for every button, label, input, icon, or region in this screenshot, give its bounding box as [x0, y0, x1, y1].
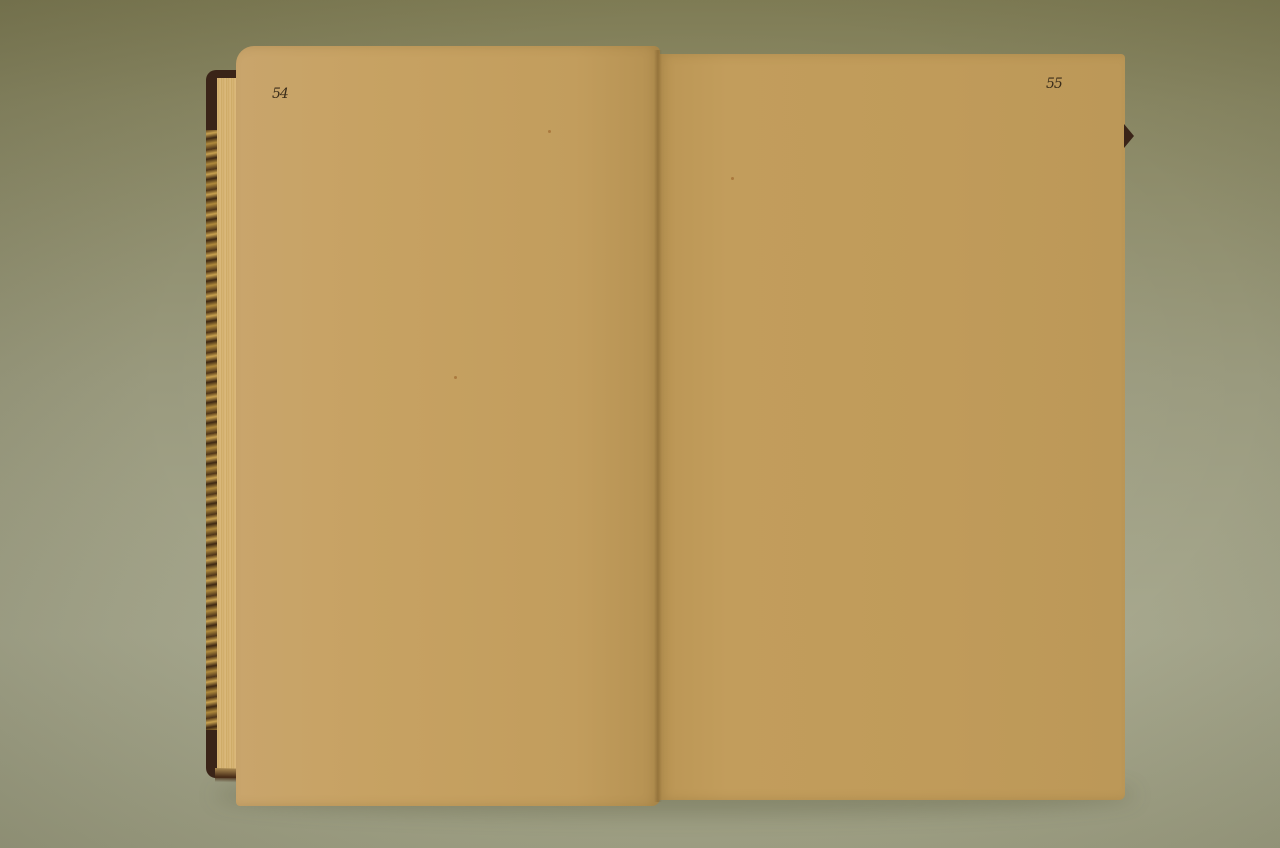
- left-page-number: 54: [272, 86, 288, 102]
- right-page: [658, 54, 1125, 800]
- right-page-number: 55: [1046, 76, 1062, 92]
- left-page: [236, 46, 660, 806]
- foxing-spot: [548, 130, 551, 133]
- book-gutter: [654, 50, 662, 802]
- foxing-spot: [454, 376, 457, 379]
- foxing-spot: [731, 177, 734, 180]
- ribbon-tab-marker: [1124, 124, 1134, 148]
